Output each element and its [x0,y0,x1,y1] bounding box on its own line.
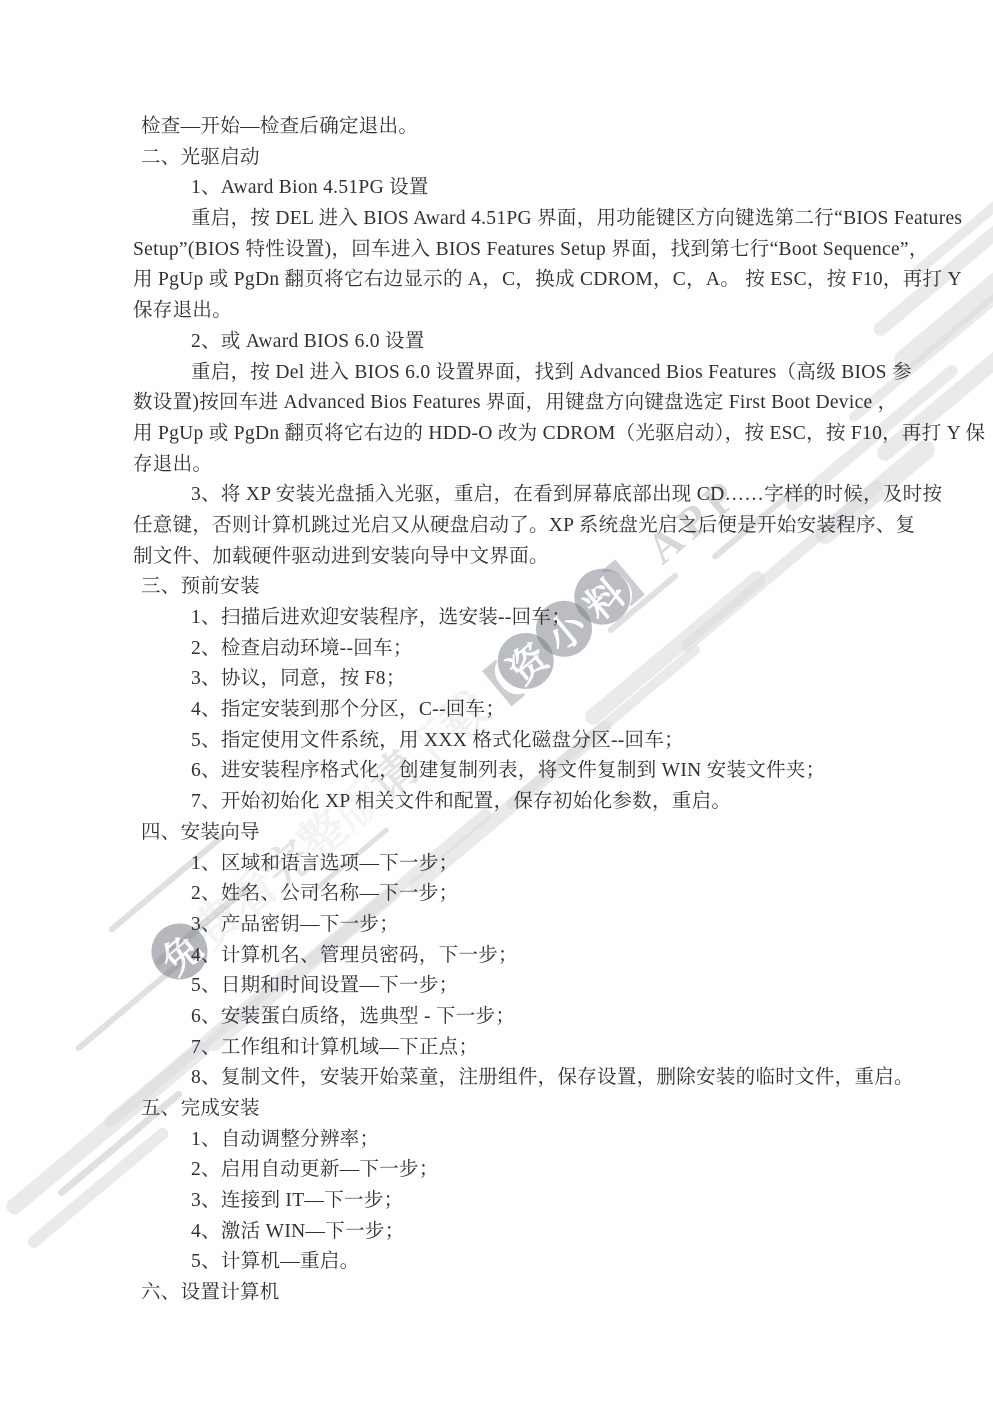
document-line: 2、启用自动更新—下一步； [133,1155,878,1186]
document-line: 检查—开始—检查后确定退出。 [133,112,878,143]
document-line: 存退出。 [133,450,878,481]
document-line: 2、或 Award BIOS 6.0 设置 [133,327,878,358]
document-line: 五、完成安装 [133,1094,878,1125]
document-body: 检查—开始—检查后确定退出。二、光驱启动1、Award Bion 4.51PG … [133,112,878,1309]
document-line: 1、自动调整分辨率； [133,1125,878,1156]
document-line: 4、计算机名、管理员密码，下一步； [133,941,878,972]
document-line: 六、设置计算机 [133,1278,878,1309]
document-line: 3、将 XP 安装光盘插入光驱，重启，在看到屏幕底部出现 CD……字样的时候，及… [133,480,878,511]
document-line: 任意键，否则计算机跳过光启又从硬盘启动了。XP 系统盘光启之后便是开始安装程序、… [133,511,878,542]
document-line: 重启，按 DEL 进入 BIOS Award 4.51PG 界面，用功能键区方向… [133,204,878,235]
document-line: 三、预前安装 [133,572,878,603]
document-line: 用 PgUp 或 PgDn 翻页将它右边的 HDD-O 改为 CDROM（光驱启… [133,419,878,450]
document-line: 5、日期和时间设置—下一步； [133,971,878,1002]
document-line: 重启，按 Del 进入 BIOS 6.0 设置界面，找到 Advanced Bi… [133,358,878,389]
document-line: 四、安装向导 [133,818,878,849]
document-line: 数设置)按回车进 Advanced Bios Features 界面，用键盘方向… [133,388,878,419]
document-line: 4、指定安装到那个分区，C--回车； [133,695,878,726]
document-line: 8、复制文件，安装开始菜童，注册组件，保存设置，删除安装的临时文件，重启。 [133,1063,878,1094]
document-line: 保存退出。 [133,296,878,327]
document-line: 3、连接到 IT—下一步； [133,1186,878,1217]
document-line: 制文件、加载硬件驱动进到安装向导中文界面。 [133,542,878,573]
document-line: 2、检查启动环境--回车； [133,634,878,665]
document-line: 用 PgUp 或 PgDn 翻页将它右边显示的 A，C，换成 CDROM，C，A… [133,265,878,296]
document-line: 6、安装蛋白质络，选典型 - 下一步； [133,1002,878,1033]
document-line: 7、工作组和计算机域—下正点； [133,1033,878,1064]
document-line: 4、激活 WIN—下一步； [133,1217,878,1248]
document-page: 免费看完整版请下载【资小料】APP 检查—开始—检查后确定退出。二、光驱启动1、… [0,0,993,1404]
document-line: 5、计算机—重启。 [133,1247,878,1278]
document-line: 2、姓名、公司名称—下一步； [133,879,878,910]
document-line: 7、开始初始化 XP 相关文件和配置，保存初始化参数，重启。 [133,787,878,818]
document-line: 二、光驱启动 [133,143,878,174]
document-line: 5、指定使用文件系统，用 XXX 格式化磁盘分区--回车； [133,726,878,757]
document-line: 3、协议，同意，按 F8； [133,664,878,695]
document-line: 1、区域和语言选项—下一步； [133,849,878,880]
document-line: 1、扫描后进欢迎安装程序，选安装--回车； [133,603,878,634]
document-line: 3、产品密钥—下一步； [133,910,878,941]
document-line: 1、Award Bion 4.51PG 设置 [133,173,878,204]
document-line: 6、进安装程序格式化，创建复制列表，将文件复制到 WIN 安装文件夹； [133,756,878,787]
document-line: Setup”(BIOS 特性设置)，回车进入 BIOS Features Set… [133,235,878,266]
